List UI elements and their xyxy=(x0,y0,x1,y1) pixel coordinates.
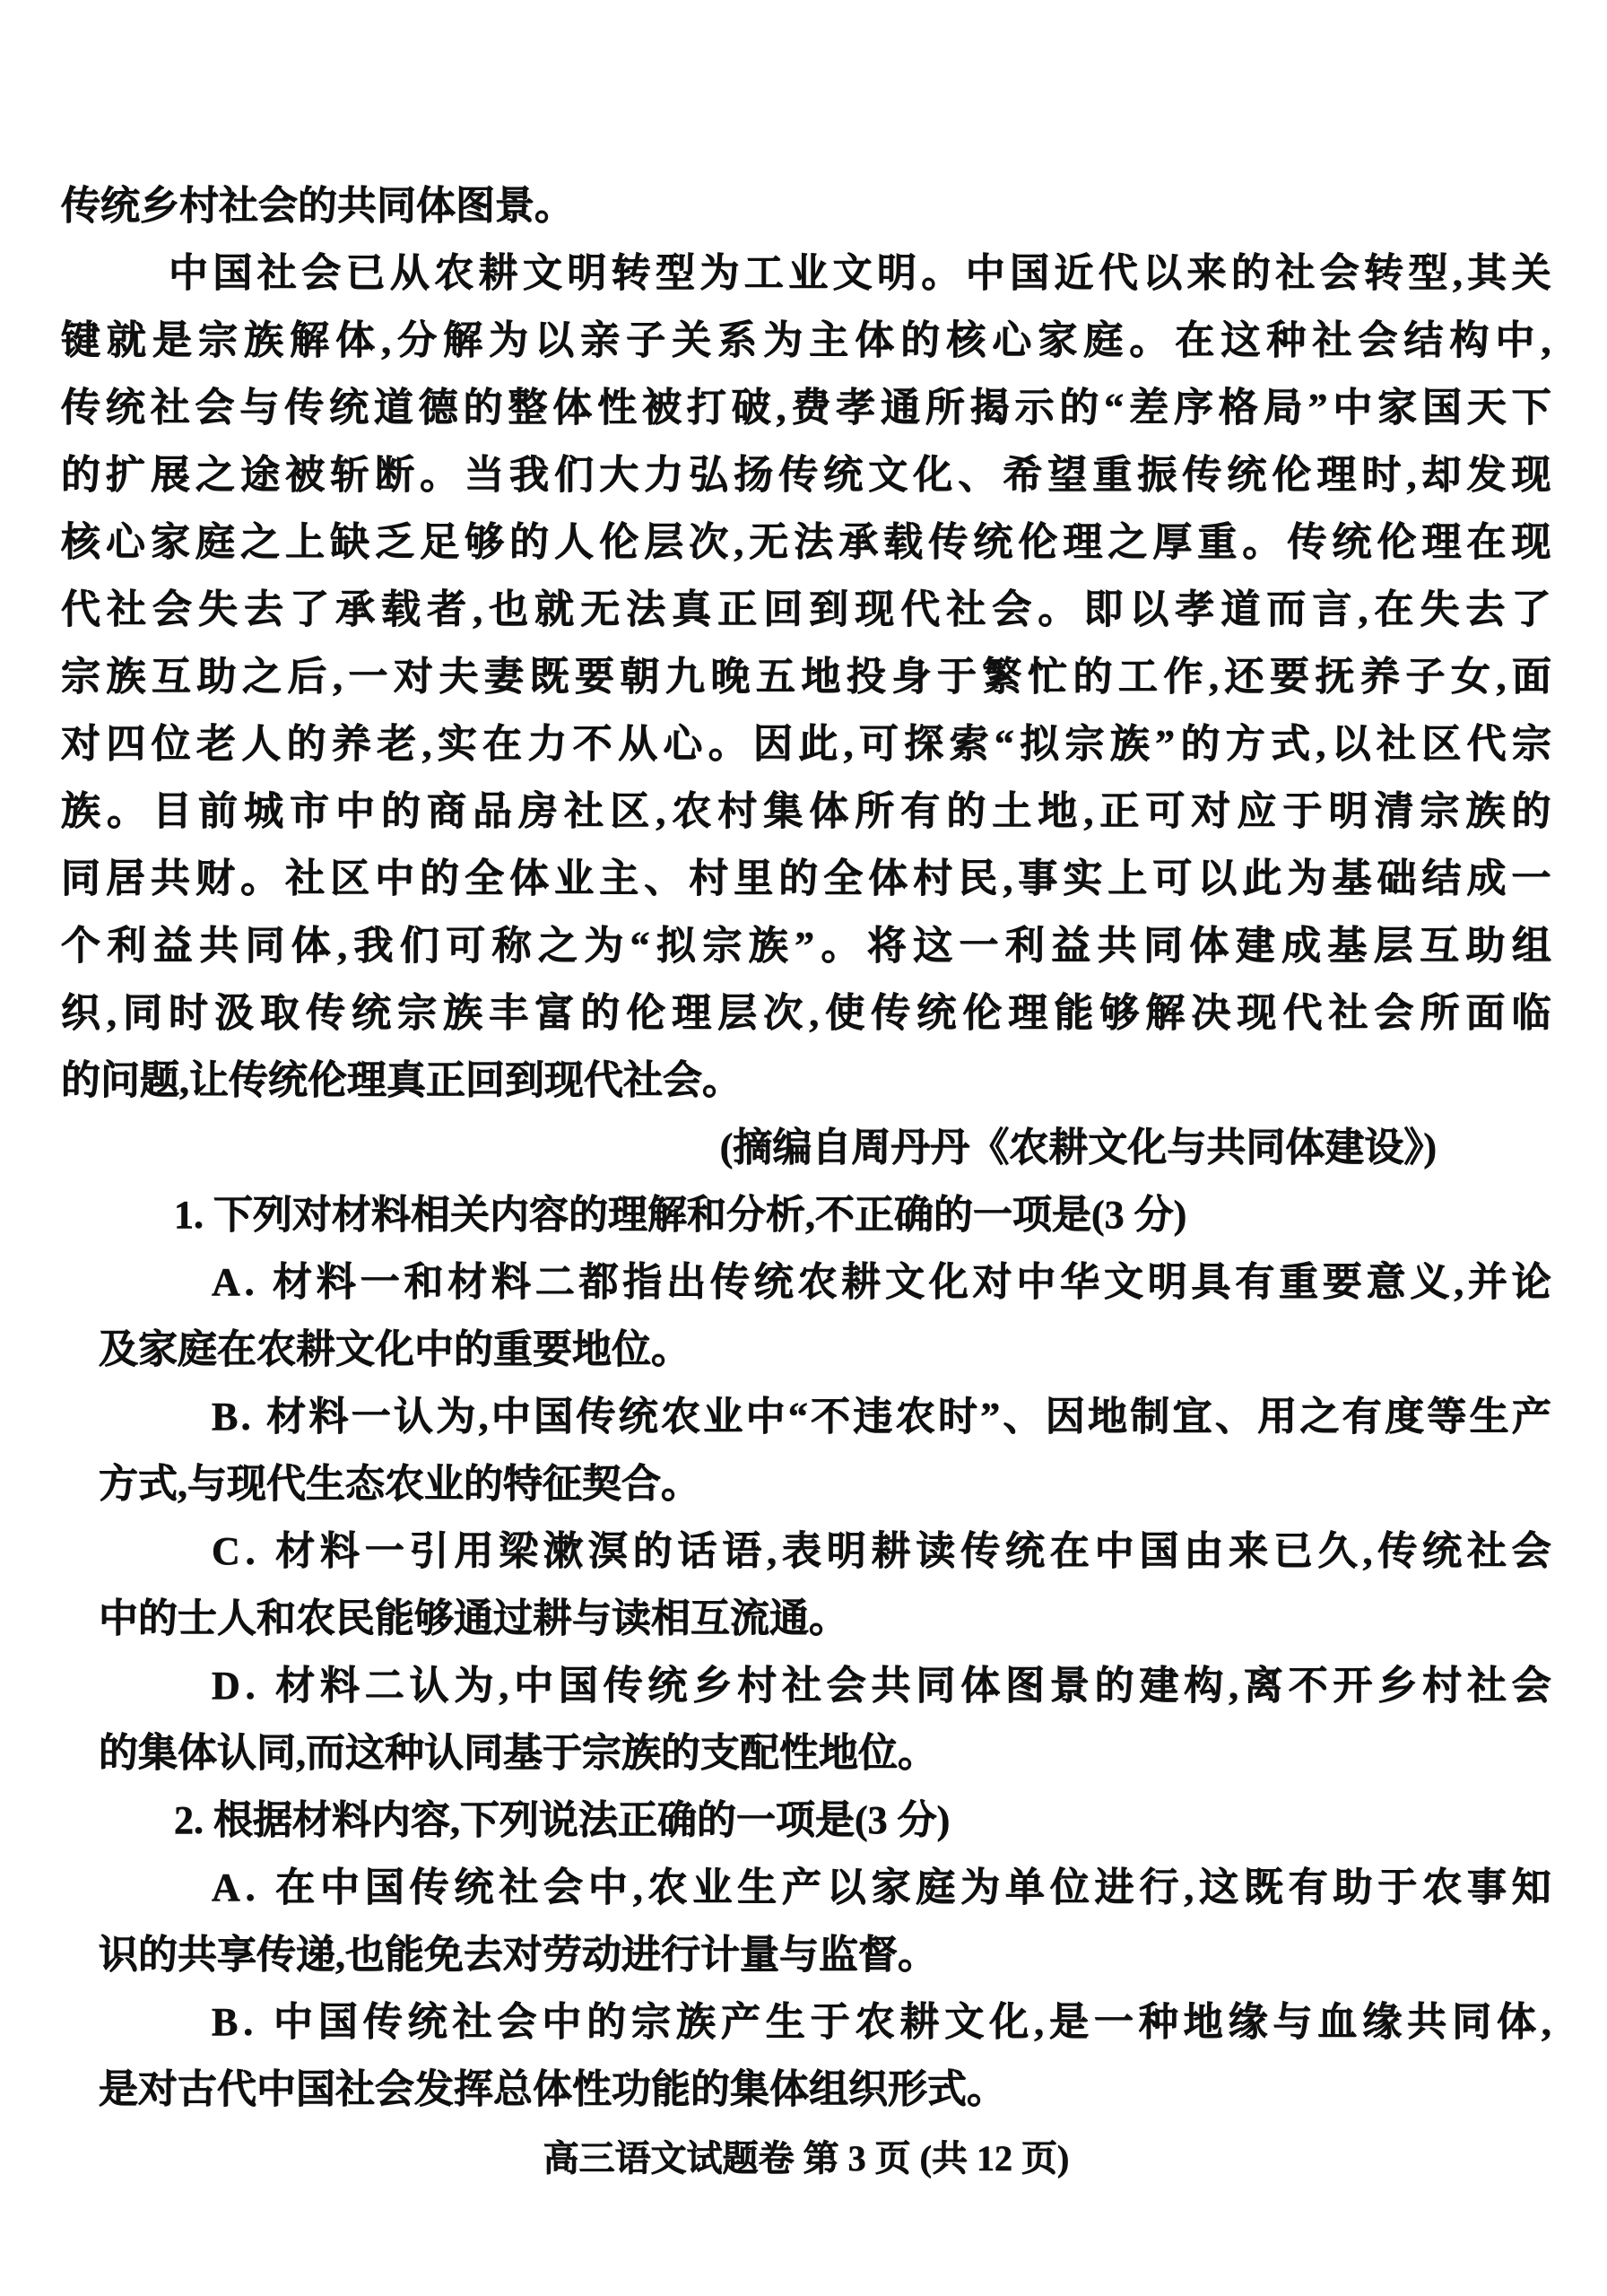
passage-line-12: 个利益共同体,我们可称之为“拟宗族”。将这一利益共同体建成基层互助组 xyxy=(61,912,1551,979)
exam-paper-page: 传统乡村社会的共同体图景。中国社会已从农耕文明转型为工业文明。中国近代以来的社会… xyxy=(0,0,1607,2296)
passage-line-6: 核心家庭之上缺乏足够的人伦层次,无法承载传统伦理之厚重。传统伦理在现 xyxy=(61,509,1551,576)
question-1-stem: 1. 下列对材料相关内容的理解和分析,不正确的一项是(3 分) xyxy=(174,1181,1551,1248)
q1-option-d-line-1: D. 材料二认为,中国传统乡村社会共同体图景的建构,离不开乡村社会 xyxy=(212,1652,1551,1719)
passage-line-3: 键就是宗族解体,分解为以亲子关系为主体的核心家庭。在这种社会结构中, xyxy=(61,307,1551,374)
q2-option-a-line-2: 识的共享传递,也能免去对劳动进行计量与监督。 xyxy=(99,1921,1551,1988)
passage-line-8: 宗族互助之后,一对夫妻既要朝九晚五地投身于繁忙的工作,还要抚养子女,面 xyxy=(61,643,1551,710)
page-content: 传统乡村社会的共同体图景。中国社会已从农耕文明转型为工业文明。中国近代以来的社会… xyxy=(61,172,1551,2192)
passage-line-5: 的扩展之途被斩断。当我们大力弘扬传统文化、希望重振传统伦理时,却发现 xyxy=(61,441,1551,509)
q1-option-a-line-2: 及家庭在农耕文化中的重要地位。 xyxy=(99,1316,1551,1383)
passage-line-2: 中国社会已从农耕文明转型为工业文明。中国近代以来的社会转型,其关 xyxy=(169,239,1551,307)
q1-option-b-line-1: B. 材料一认为,中国传统农业中“不违农时”、因地制宜、用之有度等生产 xyxy=(212,1383,1551,1450)
passage-line-11: 同居共财。社区中的全体业主、村里的全体村民,事实上可以此为基础结成一 xyxy=(61,845,1551,912)
q1-option-c-line-2: 中的士人和农民能够通过耕与读相互流通。 xyxy=(99,1585,1551,1652)
passage-line-4: 传统社会与传统道德的整体性被打破,费孝通所揭示的“差序格局”中家国天下 xyxy=(61,374,1551,441)
page-footer: 高三语文试题卷 第 3 页 (共 12 页) xyxy=(61,2125,1551,2192)
q2-option-b-line-1: B. 中国传统社会中的宗族产生于农耕文化,是一种地缘与血缘共同体, xyxy=(212,1988,1551,2056)
passage-line-10: 族。目前城市中的商品房社区,农村集体所有的土地,正可对应于明清宗族的 xyxy=(61,778,1551,845)
q1-option-a-line-1: A. 材料一和材料二都指出传统农耕文化对中华文明具有重要意义,并论 xyxy=(212,1248,1551,1316)
q2-option-b-line-2: 是对古代中国社会发挥总体性功能的集体组织形式。 xyxy=(99,2056,1551,2123)
citation: (摘编自周丹丹《农耕文化与共同体建设》) xyxy=(61,1114,1437,1181)
q1-option-c-line-1: C. 材料一引用梁漱溟的话语,表明耕读传统在中国由来已久,传统社会 xyxy=(212,1518,1551,1585)
q2-option-a-line-1: A. 在中国传统社会中,农业生产以家庭为单位进行,这既有助于农事知 xyxy=(212,1854,1551,1921)
q1-option-b-line-2: 方式,与现代生态农业的特征契合。 xyxy=(99,1450,1551,1518)
passage-line-1: 传统乡村社会的共同体图景。 xyxy=(61,172,1551,239)
passage-line-7: 代社会失去了承载者,也就无法真正回到现代社会。即以孝道而言,在失去了 xyxy=(61,576,1551,643)
passage-line-9: 对四位老人的养老,实在力不从心。因此,可探索“拟宗族”的方式,以社区代宗 xyxy=(61,710,1551,778)
q1-option-d-line-2: 的集体认同,而这种认同基于宗族的支配性地位。 xyxy=(99,1719,1551,1787)
passage-line-13: 织,同时汲取传统宗族丰富的伦理层次,使传统伦理能够解决现代社会所面临 xyxy=(61,979,1551,1047)
passage-line-14: 的问题,让传统伦理真正回到现代社会。 xyxy=(61,1047,1551,1114)
question-2-stem: 2. 根据材料内容,下列说法正确的一项是(3 分) xyxy=(174,1787,1551,1854)
